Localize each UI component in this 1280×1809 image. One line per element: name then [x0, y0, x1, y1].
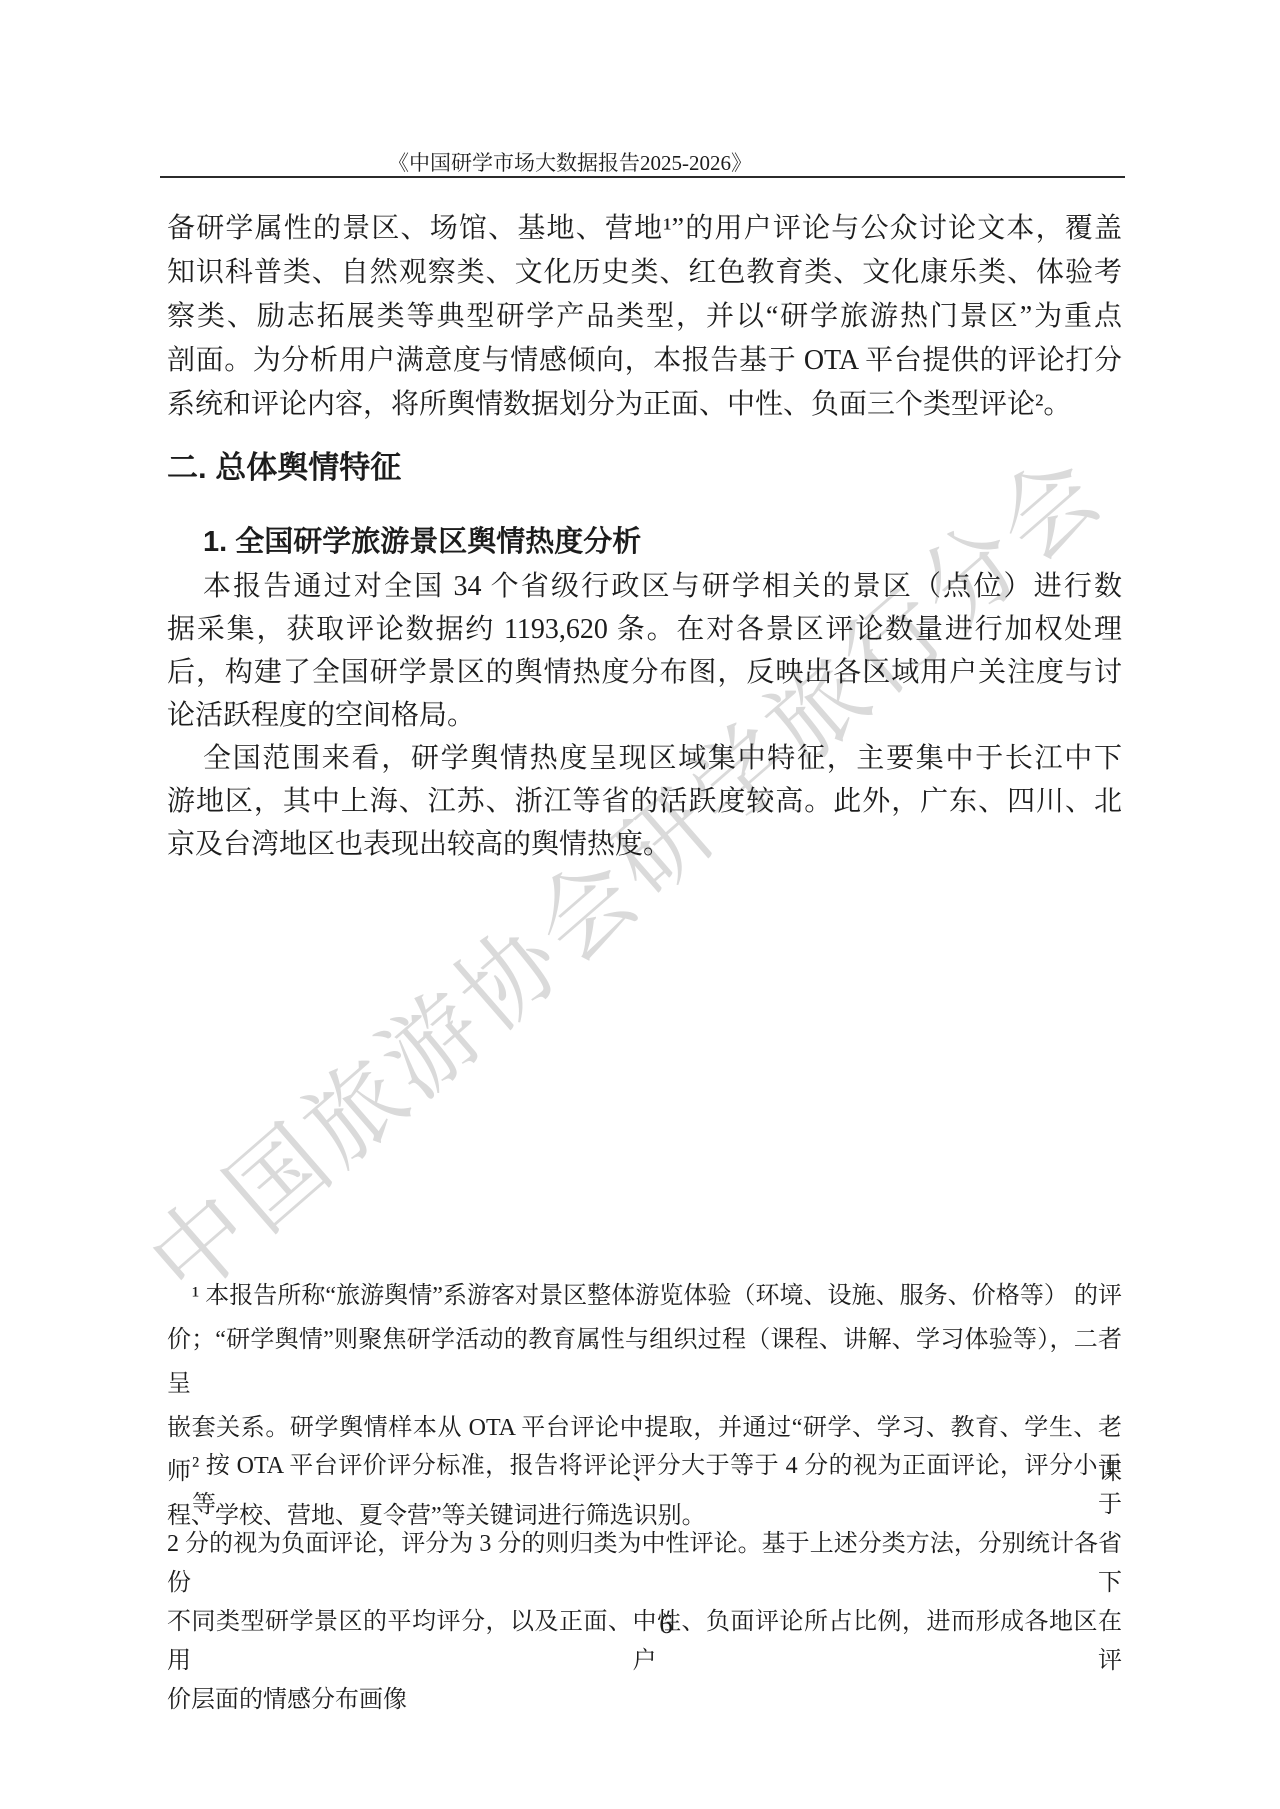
text-line: 论活跃程度的空间格局。: [167, 694, 1122, 737]
footnote-line: 2 分的视为负面评论，评分为 3 分的则归类为中性评论。基于上述分类方法，分别统…: [167, 1525, 1122, 1603]
text-line: 备研学属性的景区、场馆、基地、营地¹”的用户评论与公众讨论文本，覆盖: [167, 207, 1122, 251]
text-line: 知识科普类、自然观察类、文化历史类、红色教育类、文化康乐类、体验考: [167, 251, 1122, 295]
header-rule: [160, 176, 1125, 178]
text-line: 游地区，其中上海、江苏、浙江等省的活跃度较高。此外，广东、四川、北: [167, 780, 1122, 823]
paragraph-intro: 备研学属性的景区、场馆、基地、营地¹”的用户评论与公众讨论文本，覆盖 知识科普类…: [167, 207, 1122, 427]
text-line: 系统和评论内容，将所舆情数据划分为正面、中性、负面三个类型评论²。: [167, 383, 1122, 427]
footnote-line: ¹ 本报告所称“旅游舆情”系游客对景区整体游览体验（环境、设施、服务、价格等） …: [167, 1274, 1122, 1318]
section-heading: 二. 总体舆情特征: [167, 449, 401, 487]
paragraph-regional-findings: 全国范围来看，研学舆情热度呈现区域集中特征，主要集中于长江中下 游地区，其中上海…: [167, 737, 1122, 866]
text-line: 京及台湾地区也表现出较高的舆情热度。: [167, 823, 1122, 866]
report-page: 中国旅游协会研学旅行分会 《中国研学市场大数据报告2025-2026》 备研学属…: [0, 0, 1280, 1809]
text-line: 剖面。为分析用户满意度与情感倾向，本报告基于 OTA 平台提供的评论打分: [167, 339, 1122, 383]
footnote-line: 价；“研学舆情”则聚焦研学活动的教育属性与组织过程（课程、讲解、学习体验等），二…: [167, 1318, 1122, 1406]
header-title: 《中国研学市场大数据报告2025-2026》: [0, 150, 1140, 176]
text-line: 后，构建了全国研学景区的舆情热度分布图，反映出各区域用户关注度与讨: [167, 651, 1122, 694]
footnote-line: ² 按 OTA 平台评价评分标准，报告将评论评分大于等于 4 分的视为正面评论，…: [167, 1447, 1122, 1525]
subsection-heading: 1. 全国研学旅游景区舆情热度分析: [167, 524, 641, 560]
footnote-line: 价层面的情感分布画像: [167, 1681, 1122, 1720]
text-line: 察类、励志拓展类等典型研学产品类型，并以“研学旅游热门景区”为重点: [167, 295, 1122, 339]
text-line: 本报告通过对全国 34 个省级行政区与研学相关的景区（点位）进行数: [167, 565, 1122, 608]
content-layer: 《中国研学市场大数据报告2025-2026》 备研学属性的景区、场馆、基地、营地…: [0, 0, 1280, 1809]
footnote-2: ² 按 OTA 平台评价评分标准，报告将评论评分大于等于 4 分的视为正面评论，…: [167, 1447, 1122, 1720]
paragraph-data-collection: 本报告通过对全国 34 个省级行政区与研学相关的景区（点位）进行数 据采集，获取…: [167, 565, 1122, 737]
text-line: 据采集，获取评论数据约 1193,620 条。在对各景区评论数量进行加权处理: [167, 608, 1122, 651]
text-line: 全国范围来看，研学舆情热度呈现区域集中特征，主要集中于长江中下: [167, 737, 1122, 780]
page-number: 6: [0, 1607, 1280, 1641]
